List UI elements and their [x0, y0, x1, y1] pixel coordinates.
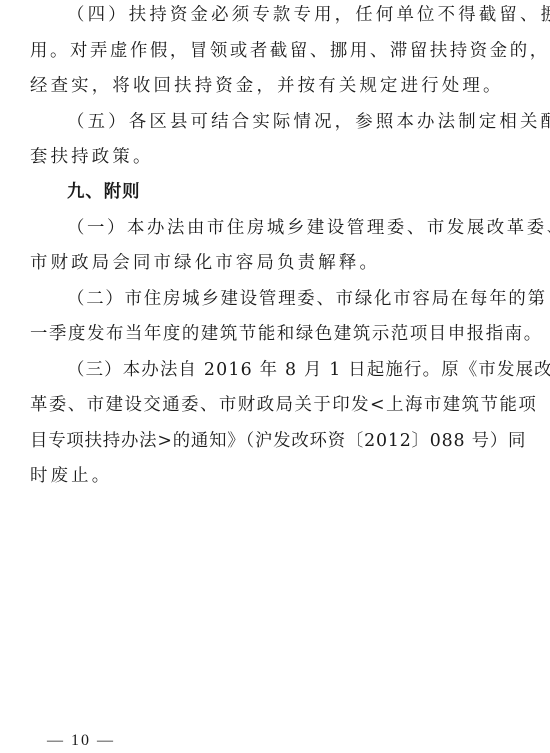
- appendix-item-1-line-2: 市财政局会同市绿化市容局负责解释。: [30, 253, 514, 273]
- paragraph-5-line-2: 套扶持政策。: [30, 147, 514, 167]
- appendix-item-2-line-2: 一季度发布当年度的建筑节能和绿色建筑示范项目申报指南。: [30, 324, 514, 344]
- paragraph-4-line-1: （四）扶持资金必须专款专用，任何单位不得截留、挪: [67, 5, 514, 25]
- section-heading-appendix: 九、附则: [67, 182, 550, 202]
- paragraph-4-line-3: 经查实，将收回扶持资金，并按有关规定进行处理。: [30, 76, 514, 96]
- paragraph-4-line-2: 用。对弄虚作假，冒领或者截留、挪用、滞留扶持资金的，一: [30, 41, 514, 61]
- document-page: （四）扶持资金必须专款专用，任何单位不得截留、挪 用。对弄虚作假，冒领或者截留、…: [0, 0, 550, 753]
- appendix-item-3-line-1: （三）本办法自 2016 年 8 月 1 日起施行。原《市发展改: [67, 360, 514, 380]
- appendix-item-3-line-4: 时废止。: [30, 466, 514, 486]
- appendix-item-1-line-1: （一）本办法由市住房城乡建设管理委、市发展改革委、: [67, 218, 514, 238]
- paragraph-5-line-1: （五）各区县可结合实际情况，参照本办法制定相关配: [67, 112, 514, 132]
- appendix-item-3-line-3: 目专项扶持办法>的通知》（沪发改环资〔2012〕088 号）同: [30, 431, 514, 451]
- appendix-item-3-line-2: 革委、市建设交通委、市财政局关于印发<上海市建筑节能项: [30, 395, 514, 415]
- page-number: — 10 —: [47, 732, 115, 750]
- appendix-item-2-line-1: （二）市住房城乡建设管理委、市绿化市容局在每年的第: [67, 289, 514, 309]
